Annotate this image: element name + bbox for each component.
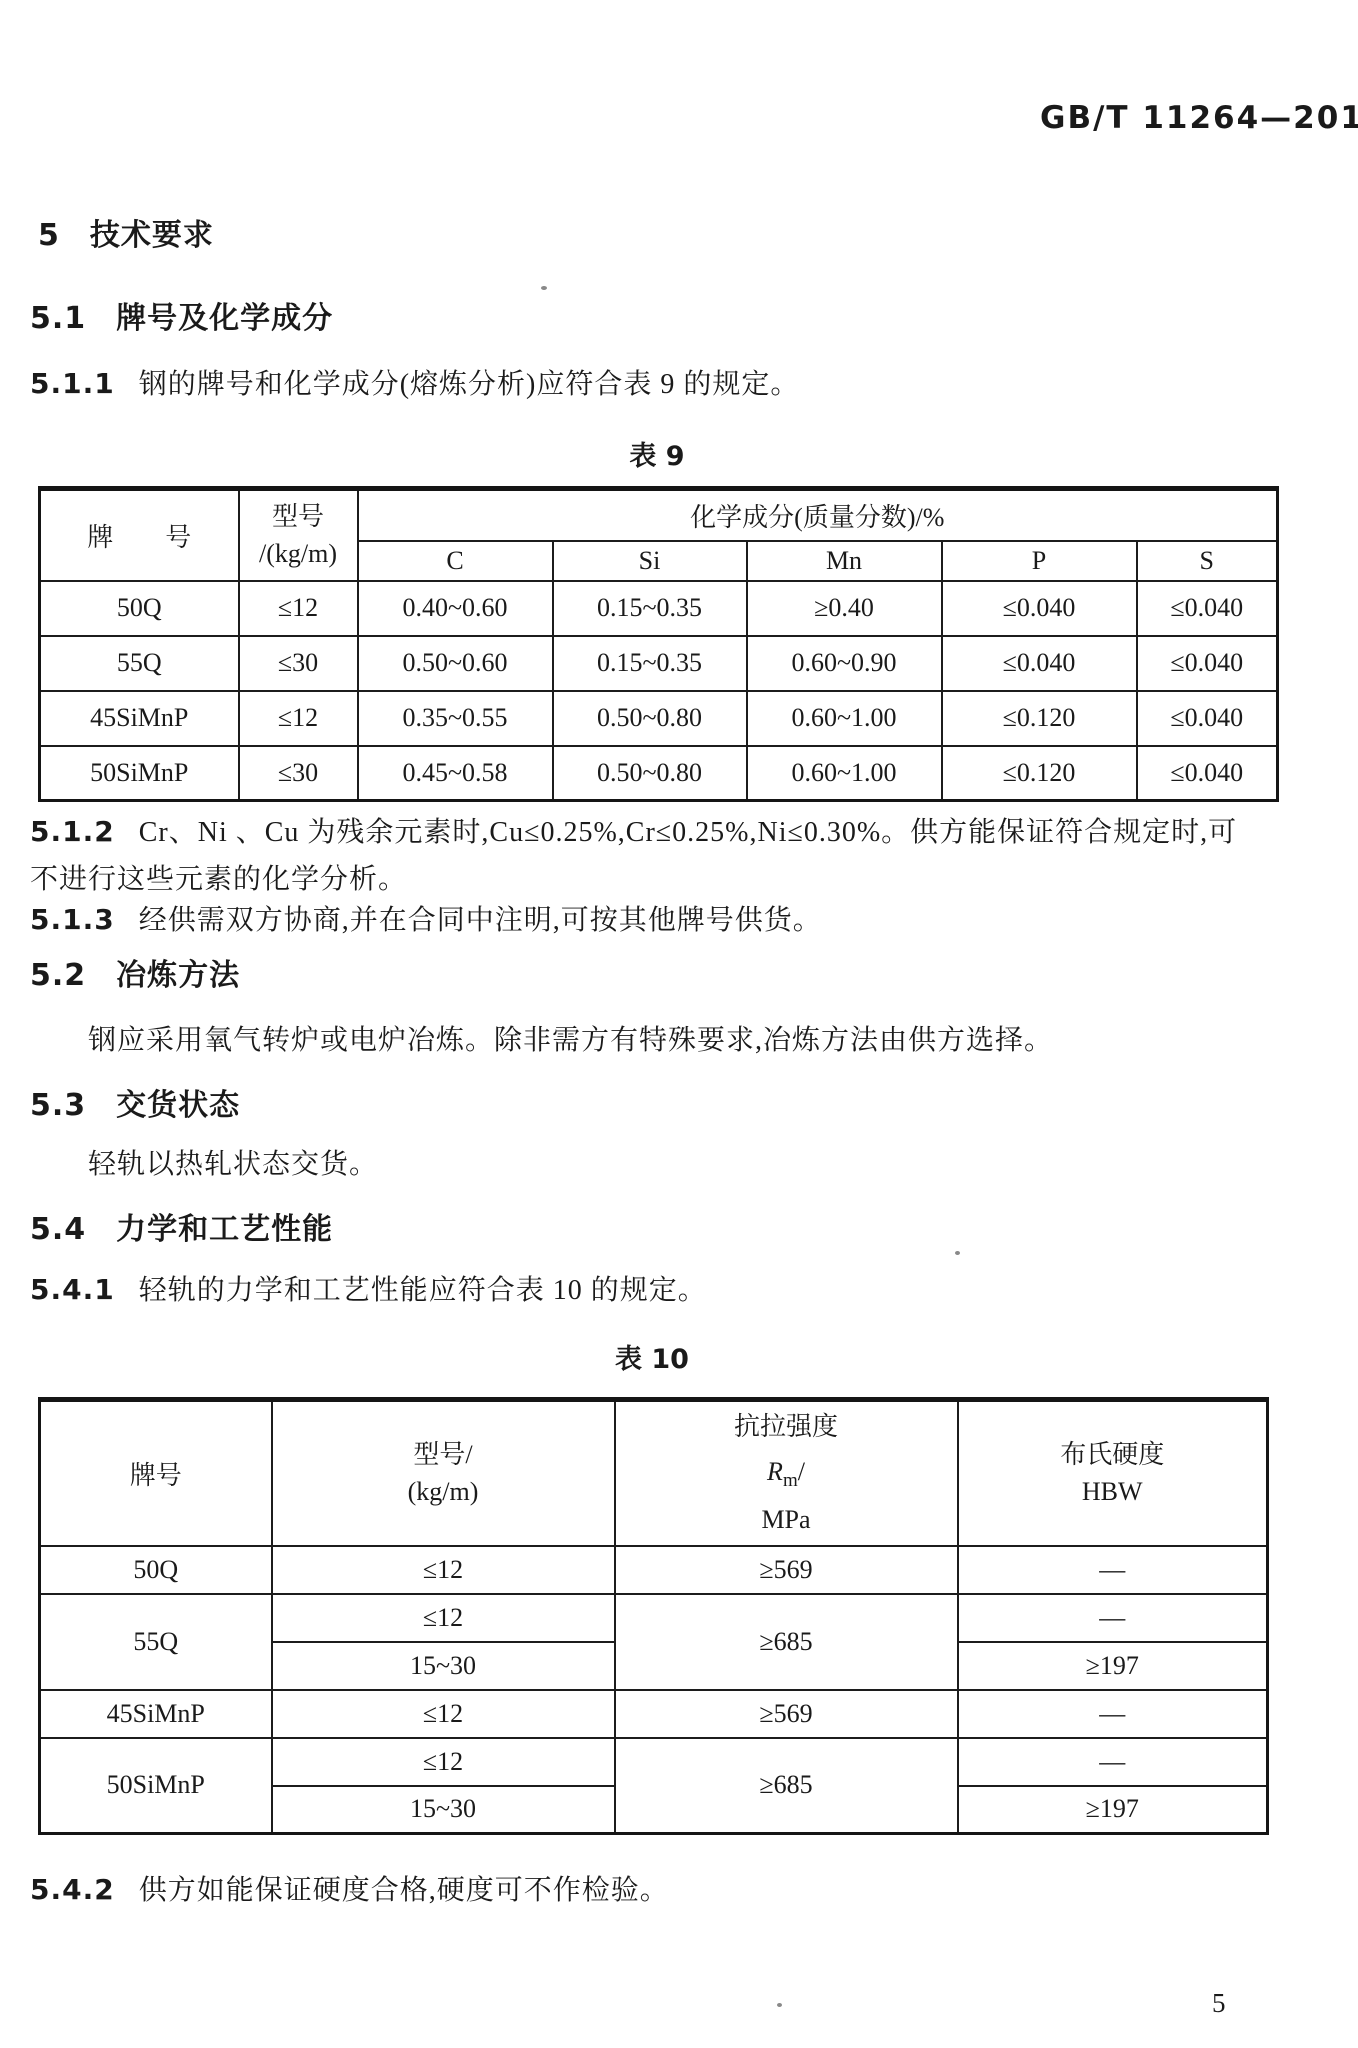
cell-s: ≤0.040 (1137, 581, 1278, 636)
cell-tensile: ≥685 (615, 1738, 958, 1834)
clause-title: 牌号及化学成分 (116, 301, 333, 336)
hardness-unit: HBW (959, 1473, 1267, 1511)
rm-slash: / (798, 1457, 805, 1486)
paragraph-5-2-body: 钢应采用氧气转炉或电炉冶炼。除非需方有特殊要求,冶炼方法由供方选择。 (88, 1018, 1053, 1058)
clause-number: 5.4.2 (30, 1873, 115, 1906)
paragraph-5-3-body: 轻轨以热轧状态交货。 (88, 1142, 378, 1182)
scan-speck (955, 1251, 960, 1255)
standard-number-header: GB/T 11264—2012 (1040, 100, 1358, 136)
table10-header-grade: 牌号 (40, 1400, 272, 1546)
hardness-label: 布氏硬度 (959, 1436, 1267, 1474)
cell-c: 0.35~0.55 (358, 691, 553, 746)
cell-si: 0.15~0.35 (553, 581, 747, 636)
cell-s: ≤0.040 (1137, 636, 1278, 691)
cell-mn: 0.60~1.00 (747, 746, 942, 801)
table9-header-model: 型号 /(kg/m) (239, 489, 358, 581)
clause-number: 5.1 (30, 301, 86, 336)
cell-p: ≤0.120 (942, 746, 1137, 801)
cell-hardness: ≥197 (958, 1642, 1268, 1690)
table9-caption: 表 9 (38, 434, 1276, 473)
clause-number: 5.1.2 (30, 815, 115, 848)
table10-header-model-line1: 型号/ (273, 1436, 614, 1474)
table9-header-composition-group: 化学成分(质量分数)/% (358, 489, 1278, 541)
cell-model: ≤12 (272, 1738, 615, 1786)
table9-header-element-si: Si (553, 541, 747, 581)
cell-grade: 55Q (40, 636, 239, 691)
clause-title: 力学和工艺性能 (116, 1212, 333, 1247)
cell-grade: 55Q (40, 1594, 272, 1690)
clause-text: 经供需双方协商,并在合同中注明,可按其他牌号供货。 (139, 905, 822, 936)
cell-p: ≤0.040 (942, 581, 1137, 636)
clause-5-1-1: 5.1.1钢的牌号和化学成分(熔炼分析)应符合表 9 的规定。 (30, 362, 799, 402)
scan-speck (777, 2003, 782, 2007)
cell-model: ≤12 (272, 1546, 615, 1594)
cell-p: ≤0.040 (942, 636, 1137, 691)
clause-number: 5.3 (30, 1088, 86, 1123)
clause-number: 5.2 (30, 958, 86, 993)
table9-header-row-1: 牌 号 型号 /(kg/m) 化学成分(质量分数)/% (40, 489, 1278, 541)
cell-c: 0.50~0.60 (358, 636, 553, 691)
clause-title: 技术要求 (90, 218, 214, 253)
cell-mn: 0.60~0.90 (747, 636, 942, 691)
clause-number: 5 (38, 218, 60, 253)
section-heading-5-1: 5.1牌号及化学成分 (30, 293, 333, 337)
document-page: GB/T 11264—2012 5技术要求 5.1牌号及化学成分 5.1.1钢的… (0, 0, 1358, 2048)
cell-hardness: — (958, 1594, 1268, 1642)
cell-grade: 50Q (40, 581, 239, 636)
table10-caption: 表 10 (38, 1337, 1266, 1376)
clause-5-4-2: 5.4.2供方如能保证硬度合格,硬度可不作检验。 (30, 1868, 669, 1908)
cell-si: 0.50~0.80 (553, 746, 747, 801)
clause-number: 5.4 (30, 1212, 86, 1247)
cell-grade: 50SiMnP (40, 746, 239, 801)
cell-model: ≤12 (272, 1594, 615, 1642)
table-row: 45SiMnP ≤12 ≥569 — (40, 1690, 1268, 1738)
cell-mn: ≥0.40 (747, 581, 942, 636)
cell-mn: 0.60~1.00 (747, 691, 942, 746)
cell-p: ≤0.120 (942, 691, 1137, 746)
table-row: 55Q ≤12 ≥685 — (40, 1594, 1268, 1642)
cell-grade: 50Q (40, 1546, 272, 1594)
cell-model: ≤30 (239, 636, 358, 691)
scan-speck (541, 286, 547, 290)
clause-5-4-1: 5.4.1轻轨的力学和工艺性能应符合表 10 的规定。 (30, 1268, 707, 1308)
cell-si: 0.15~0.35 (553, 636, 747, 691)
table9-header-model-line1: 型号 (240, 498, 357, 536)
cell-c: 0.45~0.58 (358, 746, 553, 801)
table10-header-hardness: 布氏硬度 HBW (958, 1400, 1268, 1546)
cell-hardness: — (958, 1546, 1268, 1594)
clause-text-line1: Cr、Ni 、Cu 为残余元素时,Cu≤0.25%,Cr≤0.25%,Ni≤0.… (139, 817, 1237, 848)
tensile-label: 抗拉强度 (616, 1404, 957, 1450)
section-heading-5-4: 5.4力学和工艺性能 (30, 1204, 333, 1248)
cell-tensile: ≥685 (615, 1594, 958, 1690)
section-heading-5: 5技术要求 (38, 210, 214, 254)
table10-header-tensile-strength: 抗拉强度 Rm/ MPa (615, 1400, 958, 1546)
cell-hardness: — (958, 1738, 1268, 1786)
cell-s: ≤0.040 (1137, 691, 1278, 746)
table-row: 50SiMnP ≤12 ≥685 — (40, 1738, 1268, 1786)
cell-model: 15~30 (272, 1786, 615, 1834)
clause-text: 供方如能保证硬度合格,硬度可不作检验。 (139, 1875, 669, 1906)
clause-title: 交货状态 (116, 1088, 240, 1123)
cell-grade: 45SiMnP (40, 691, 239, 746)
table9-header-element-p: P (942, 541, 1137, 581)
table-row: 55Q ≤30 0.50~0.60 0.15~0.35 0.60~0.90 ≤0… (40, 636, 1278, 691)
clause-text: 钢的牌号和化学成分(熔炼分析)应符合表 9 的规定。 (139, 369, 800, 400)
cell-c: 0.40~0.60 (358, 581, 553, 636)
rm-subscript: m (783, 1470, 798, 1491)
table10-header-model-line2: (kg/m) (273, 1473, 614, 1511)
table-10-mechanical-properties: 牌号 型号/ (kg/m) 抗拉强度 Rm/ MPa 布氏硬度 HBW 50Q … (38, 1397, 1269, 1835)
table-row: 50Q ≤12 ≥569 — (40, 1546, 1268, 1594)
table-row: 45SiMnP ≤12 0.35~0.55 0.50~0.80 0.60~1.0… (40, 691, 1278, 746)
table9-header-element-s: S (1137, 541, 1278, 581)
cell-tensile: ≥569 (615, 1546, 958, 1594)
tensile-symbol: Rm/ (616, 1449, 957, 1497)
section-heading-5-2: 5.2冶炼方法 (30, 950, 240, 994)
cell-hardness: ≥197 (958, 1786, 1268, 1834)
cell-si: 0.50~0.80 (553, 691, 747, 746)
table-row: 50SiMnP ≤30 0.45~0.58 0.50~0.80 0.60~1.0… (40, 746, 1278, 801)
clause-5-1-2-continued: 不进行这些元素的化学分析。 (30, 857, 407, 897)
section-heading-5-3: 5.3交货状态 (30, 1080, 240, 1124)
cell-s: ≤0.040 (1137, 746, 1278, 801)
clause-5-1-2: 5.1.2Cr、Ni 、Cu 为残余元素时,Cu≤0.25%,Cr≤0.25%,… (30, 810, 1237, 850)
rm-symbol: R (767, 1457, 783, 1486)
tensile-unit: MPa (616, 1497, 957, 1543)
cell-model: ≤12 (239, 581, 358, 636)
cell-model: ≤30 (239, 746, 358, 801)
table9-header-element-mn: Mn (747, 541, 942, 581)
table-row: 50Q ≤12 0.40~0.60 0.15~0.35 ≥0.40 ≤0.040… (40, 581, 1278, 636)
cell-grade: 50SiMnP (40, 1738, 272, 1834)
clause-title: 冶炼方法 (116, 958, 240, 993)
clause-number: 5.1.1 (30, 367, 115, 400)
table10-header-row: 牌号 型号/ (kg/m) 抗拉强度 Rm/ MPa 布氏硬度 HBW (40, 1400, 1268, 1546)
clause-number: 5.4.1 (30, 1273, 115, 1306)
page-number: 5 (1212, 1988, 1226, 2019)
clause-number: 5.1.3 (30, 903, 115, 936)
clause-text: 轻轨的力学和工艺性能应符合表 10 的规定。 (139, 1275, 707, 1306)
cell-model: 15~30 (272, 1642, 615, 1690)
table9-header-model-line2: /(kg/m) (240, 535, 357, 573)
table10-header-model: 型号/ (kg/m) (272, 1400, 615, 1546)
cell-model: ≤12 (239, 691, 358, 746)
cell-grade: 45SiMnP (40, 1690, 272, 1738)
table9-header-grade: 牌 号 (40, 489, 239, 581)
cell-hardness: — (958, 1690, 1268, 1738)
table9-header-element-c: C (358, 541, 553, 581)
table-9-chemical-composition: 牌 号 型号 /(kg/m) 化学成分(质量分数)/% C Si Mn P S … (38, 486, 1279, 802)
clause-5-1-3: 5.1.3经供需双方协商,并在合同中注明,可按其他牌号供货。 (30, 898, 822, 938)
cell-tensile: ≥569 (615, 1690, 958, 1738)
cell-model: ≤12 (272, 1690, 615, 1738)
